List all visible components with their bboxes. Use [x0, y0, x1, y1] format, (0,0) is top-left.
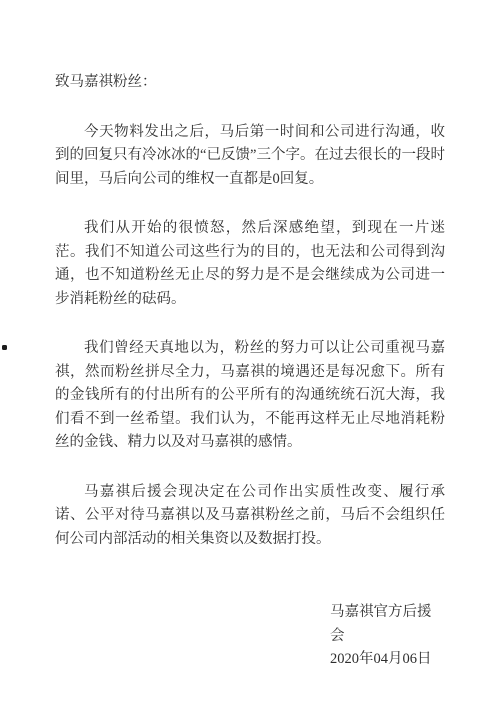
letter-page: 致马嘉祺粉丝： 今天物料发出之后，马后第一时间和公司进行沟通，收到的回复只有冷冰… [0, 0, 500, 706]
stray-dot-artifact [2, 345, 7, 350]
paragraph-2: 我们从开始的很愤怒，然后深感绝望，到现在一片迷茫。我们不知道公司这些行为的目的，… [55, 217, 445, 311]
paragraph-4: 马嘉祺后援会现决定在公司作出实质性改变、履行承诺、公平对待马嘉祺以及马嘉祺粉丝之… [55, 481, 445, 552]
signature-block: 马嘉祺官方后援会 2020年04月06日 [330, 601, 445, 672]
paragraph-3: 我们曾经天真地以为，粉丝的努力可以让公司重视马嘉祺，然而粉丝拼尽全力，马嘉祺的境… [55, 337, 445, 455]
salutation: 致马嘉祺粉丝： [55, 71, 445, 95]
paragraph-1: 今天物料发出之后，马后第一时间和公司进行沟通，收到的回复只有冷冰冰的“已反馈”三… [55, 121, 445, 192]
signature-name: 马嘉祺官方后援会 [330, 601, 445, 648]
signature-date: 2020年04月06日 [330, 648, 445, 672]
